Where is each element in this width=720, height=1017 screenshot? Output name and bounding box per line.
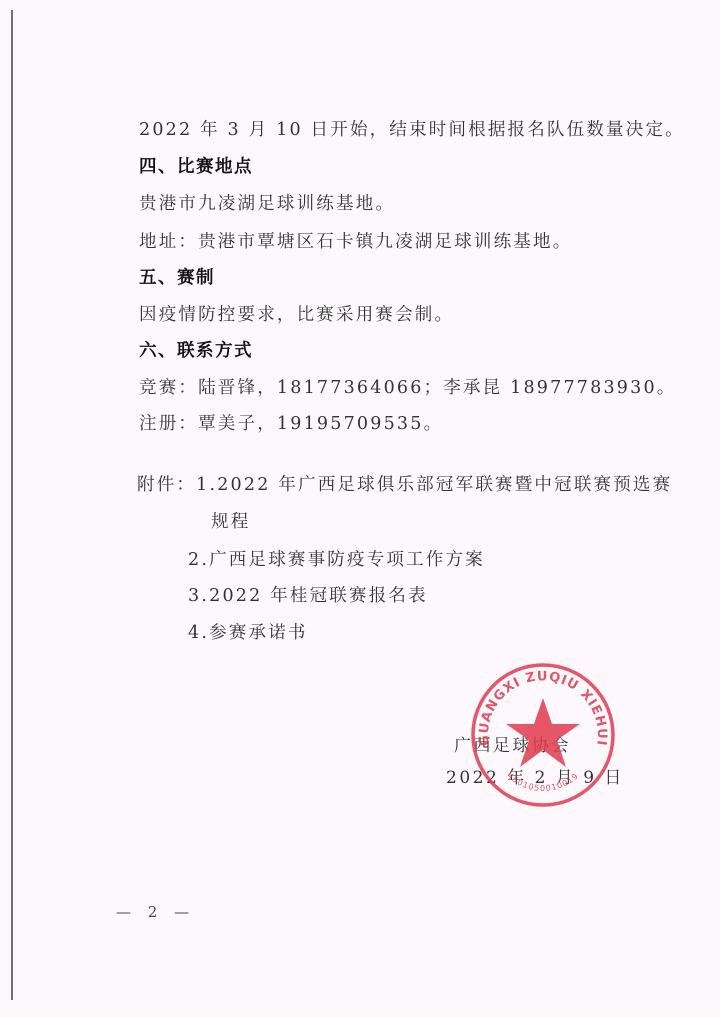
attachment-4: 4.参赛承诺书 <box>188 619 308 644</box>
attachment-4-number: 4. <box>188 623 209 643</box>
attachment-3: 3.2022 年桂冠联赛报名表 <box>188 582 428 607</box>
svg-text:4501050010019: 4501050010019 <box>506 771 581 793</box>
section-6-registration-contact: 注册：覃美子，19195709535。 <box>139 410 443 435</box>
attachment-3-text: 2022 年桂冠联赛报名表 <box>209 586 428 606</box>
attachment-2-text: 广西足球赛事防疫专项工作方案 <box>209 550 485 570</box>
document-page: 2022 年 3 月 10 日开始，结束时间根据报名队伍数量决定。 四、比赛地点… <box>0 0 720 1017</box>
attachment-3-number: 3. <box>188 586 209 606</box>
attachments-label: 附件： <box>137 475 196 495</box>
section-4-heading: 四、比赛地点 <box>139 153 253 178</box>
attachment-2-number: 2. <box>188 550 209 570</box>
page-number: — 2 — <box>116 903 195 921</box>
official-seal-icon: GUANGXI ZUQIU XIEHUI 4501050010019 <box>468 660 618 810</box>
section-4-venue: 贵港市九凌湖足球训练基地。 <box>139 190 395 215</box>
date-continuation-text: 2022 年 3 月 10 日开始，结束时间根据报名队伍数量决定。 <box>139 116 685 141</box>
attachment-1-text: 2022 年广西足球俱乐部冠军联赛暨中冠联赛预选赛 <box>217 475 672 495</box>
section-6-competition-contact: 竞赛：陆晋锋，18177364066；李承昆 18977783930。 <box>139 374 677 399</box>
scan-edge-line <box>11 10 13 1000</box>
attachment-4-text: 参赛承诺书 <box>209 623 308 643</box>
section-6-heading: 六、联系方式 <box>139 337 253 362</box>
section-4-address: 地址：贵港市覃塘区石卡镇九凌湖足球训练基地。 <box>139 228 572 253</box>
section-5-heading: 五、赛制 <box>139 264 215 289</box>
attachment-1-number: 1. <box>196 475 217 495</box>
attachments-label-row: 附件：1.2022 年广西足球俱乐部冠军联赛暨中冠联赛预选赛 <box>137 471 672 496</box>
attachment-2: 2.广西足球赛事防疫专项工作方案 <box>188 546 485 571</box>
attachment-1-continuation: 规程 <box>211 508 250 533</box>
section-5-body: 因疫情防控要求，比赛采用赛会制。 <box>139 301 454 326</box>
